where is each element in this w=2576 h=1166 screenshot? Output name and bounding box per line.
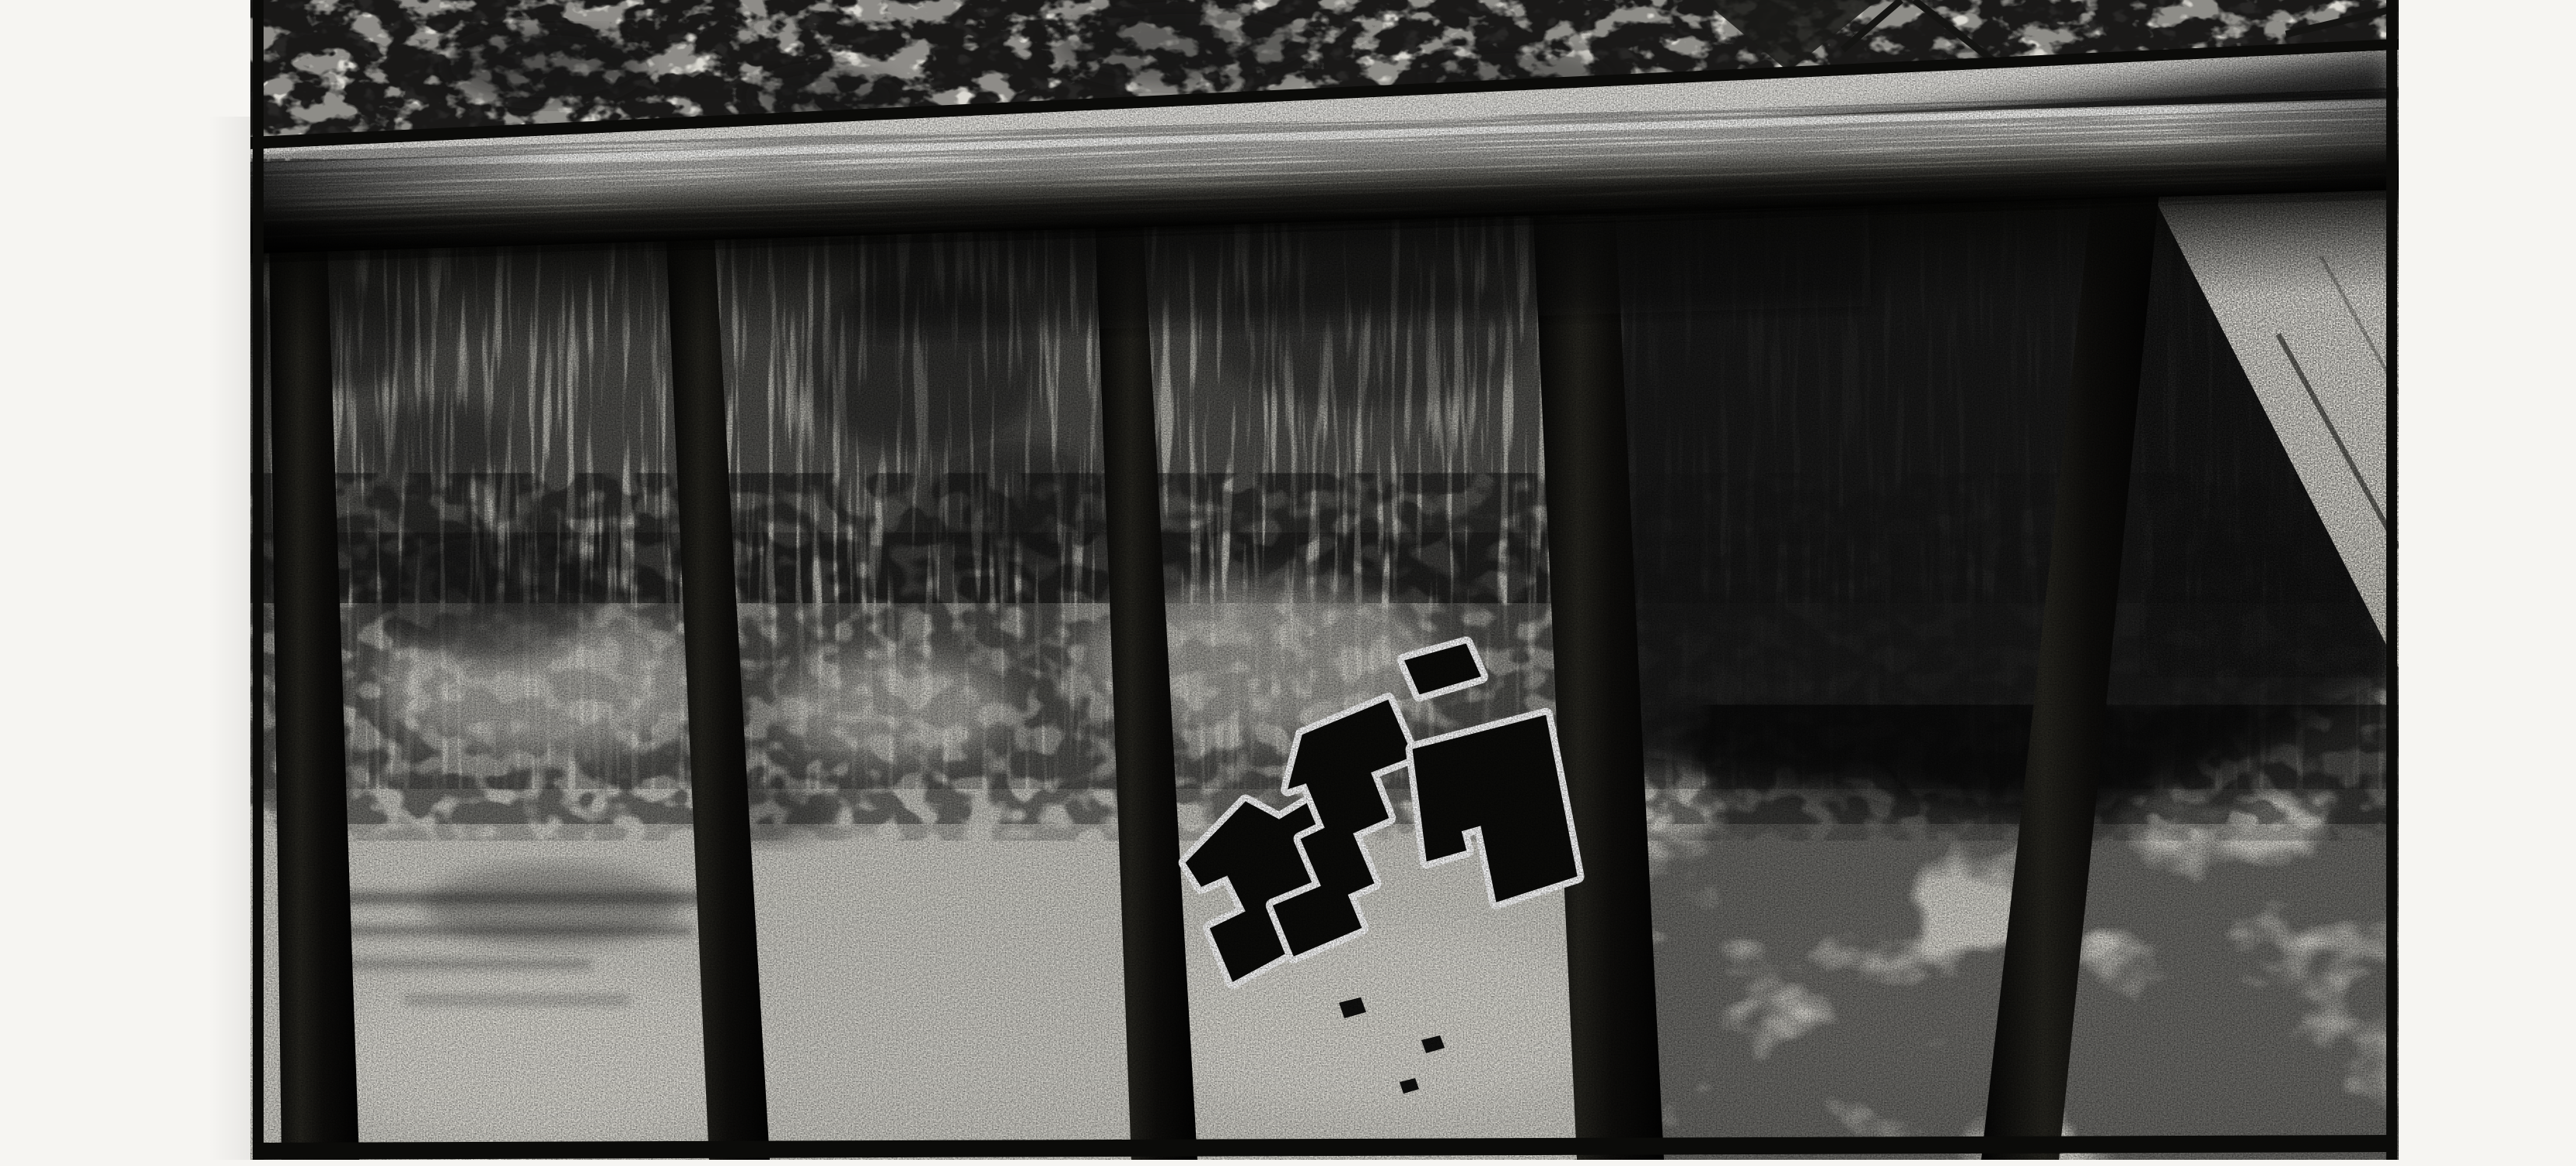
- scan-grain: [250, 47, 2399, 1160]
- manga-page: カチャ: [0, 0, 2576, 1166]
- main-panel: [225, 47, 2497, 1160]
- panel-border-left: [253, 0, 264, 1160]
- left-margin-shade: [208, 117, 253, 1160]
- manga-panel-art: View down through a dark metal guardrail…: [0, 0, 2576, 1166]
- panel-border-right: [2386, 0, 2397, 1160]
